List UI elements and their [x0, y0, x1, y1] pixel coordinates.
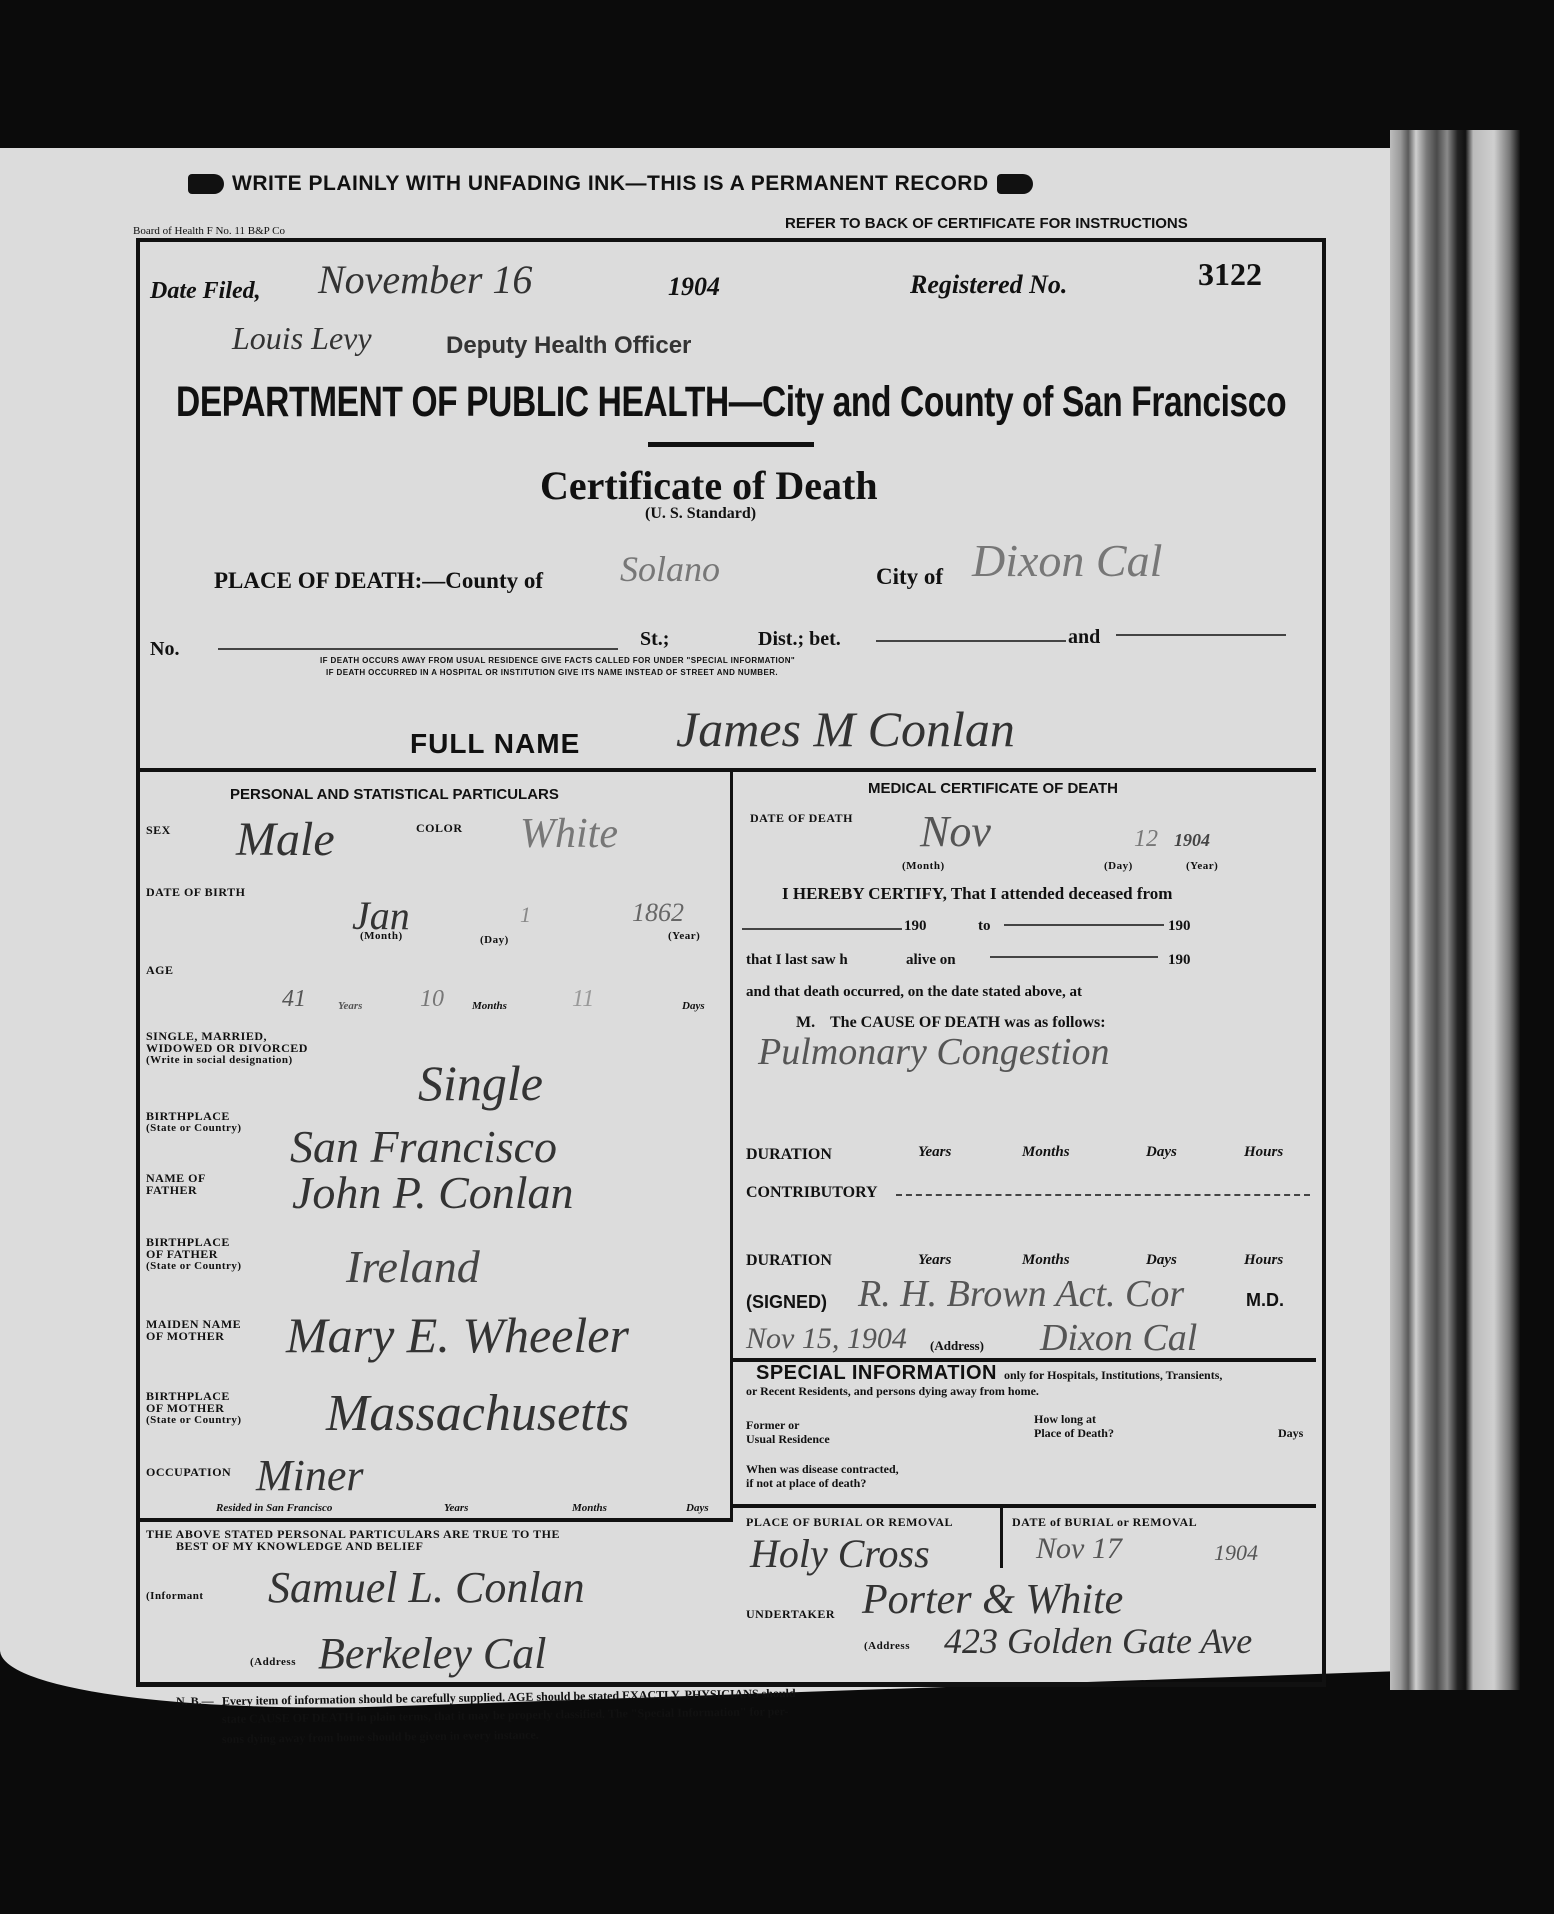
pointing-hand-icon: [997, 174, 1033, 194]
md-label: M.D.: [1246, 1290, 1284, 1311]
birthplace-label-2: (State or Country): [146, 1122, 242, 1134]
burial-date-label: DATE of BURIAL or REMOVAL: [1012, 1516, 1197, 1528]
sign-date: Nov 15, 1904: [746, 1322, 907, 1356]
to-year: 190: [1168, 918, 1191, 935]
to-label: to: [978, 918, 991, 935]
residence-note-1: IF DEATH OCCURS AWAY FROM USUAL RESIDENC…: [320, 656, 795, 665]
alive-year: 190: [1168, 952, 1191, 969]
age-months: 10: [420, 986, 444, 1013]
column-divider: [730, 772, 733, 1522]
alive-on-label: alive on: [906, 952, 956, 969]
mother-label-2: OF MOTHER: [146, 1330, 224, 1342]
father-value: John P. Conlan: [292, 1166, 574, 1219]
full-name-value: James M Conlan: [676, 700, 1015, 758]
resided-months: Months: [572, 1502, 607, 1514]
color-value: White: [520, 810, 618, 858]
pointing-hand-icon: [188, 174, 224, 194]
how-long-label-2: Place of Death?: [1034, 1426, 1114, 1441]
footnote-line-3: sons dying away from home should be give…: [222, 1728, 539, 1747]
medical-heading: MEDICAL CERTIFICATE OF DEATH: [868, 780, 1118, 797]
informant-label: (Informant: [146, 1590, 204, 1602]
duration-hours: Hours: [1244, 1144, 1283, 1161]
birthplace-label-1: BIRTHPLACE: [146, 1110, 230, 1122]
marital-value: Single: [418, 1054, 543, 1112]
mother-bp-label-3: (State or Country): [146, 1414, 242, 1426]
father-bp-value: Ireland: [346, 1240, 480, 1293]
age-days-caption: Days: [682, 1000, 705, 1012]
informant-address-value: Berkeley Cal: [318, 1628, 546, 1679]
date-filed-value: November 16: [318, 256, 532, 303]
duration-days-2: Days: [1146, 1252, 1177, 1269]
informant-divider: [140, 1518, 730, 1522]
mother-bp-value: Massachusetts: [326, 1384, 629, 1443]
registered-label: Registered No.: [910, 270, 1067, 300]
dob-day-caption: (Day): [480, 934, 509, 946]
special-heading: SPECIAL INFORMATION: [756, 1362, 997, 1385]
city-label: City of: [876, 564, 943, 590]
undertaker-value: Porter & White: [862, 1576, 1123, 1624]
alive-on-line: [990, 956, 1158, 958]
duration-years: Years: [918, 1144, 951, 1161]
duration-years-2: Years: [918, 1252, 951, 1269]
contributory-line: [896, 1194, 1310, 1196]
and-label: and: [1068, 626, 1100, 649]
former-residence-label-2: Usual Residence: [746, 1432, 830, 1447]
how-long-label-1: How long at: [1034, 1412, 1096, 1427]
burial-year-value: 1904: [1214, 1540, 1258, 1566]
street-no-label: No.: [150, 638, 179, 661]
marital-label-2: WIDOWED OR DIVORCED: [146, 1042, 308, 1054]
book-binding-edge: [1390, 130, 1520, 1690]
dod-day-caption: (Day): [1104, 860, 1133, 872]
sex-label: SEX: [146, 824, 171, 836]
dod-label: DATE OF DEATH: [750, 812, 853, 824]
standard-subtitle: (U. S. Standard): [645, 505, 756, 523]
age-years-caption: Years: [338, 1000, 362, 1012]
signed-value: R. H. Brown Act. Cor: [858, 1272, 1184, 1316]
officer-signature: Louis Levy: [232, 320, 372, 357]
header-banner: WRITE PLAINLY WITH UNFADING INK—THIS IS …: [180, 172, 1041, 196]
burial-column-divider: [1000, 1508, 1003, 1568]
color-label: COLOR: [416, 822, 463, 834]
age-months-caption: Months: [472, 1000, 507, 1012]
date-filed-label: Date Filed,: [150, 278, 261, 305]
former-residence-label-1: Former or: [746, 1418, 799, 1433]
age-days: 11: [572, 986, 594, 1013]
undertaker-address-value: 423 Golden Gate Ave: [944, 1620, 1252, 1662]
full-name-label: FULL NAME: [410, 728, 580, 760]
age-years: 41: [282, 986, 306, 1013]
contracted-label-1: When was disease contracted,: [746, 1462, 899, 1477]
resided-days: Days: [686, 1502, 709, 1514]
county-value: Solano: [620, 548, 720, 590]
duration-months-2: Months: [1022, 1252, 1070, 1269]
certificate-title: Certificate of Death: [540, 462, 878, 509]
undertaker-address-label: (Address: [864, 1640, 910, 1652]
father-label-2: FATHER: [146, 1184, 197, 1196]
sign-address-value: Dixon Cal: [1040, 1316, 1197, 1360]
dob-label: DATE OF BIRTH: [146, 886, 245, 898]
informant-value: Samuel L. Conlan: [268, 1562, 585, 1613]
contracted-label-2: if not at place of death?: [746, 1476, 866, 1491]
registered-number: 3122: [1198, 256, 1262, 293]
marital-label-3: (Write in social designation): [146, 1054, 293, 1066]
attest-line-2: BEST OF MY KNOWLEDGE AND BELIEF: [176, 1540, 423, 1552]
occupation-label: OCCUPATION: [146, 1466, 231, 1478]
footnote-nb: N. B.—: [176, 1694, 214, 1709]
officer-title: Deputy Health Officer: [446, 332, 691, 360]
from-line: [742, 928, 902, 930]
mother-value: Mary E. Wheeler: [286, 1306, 629, 1364]
burial-place-value: Holy Cross: [750, 1530, 930, 1577]
special-note-2: or Recent Residents, and persons dying a…: [746, 1384, 1039, 1399]
street-label: St.;: [640, 628, 669, 651]
father-bp-label-2: OF FATHER: [146, 1248, 218, 1260]
sign-address-label: (Address): [930, 1338, 984, 1354]
refer-note: REFER TO BACK OF CERTIFICATE FOR INSTRUC…: [785, 215, 1188, 232]
name-divider: [140, 768, 1316, 772]
street-no-line: [218, 648, 618, 650]
signed-label: (SIGNED): [746, 1292, 827, 1313]
father-bp-label-3: (State or Country): [146, 1260, 242, 1272]
title-divider: [648, 442, 814, 447]
dod-month-caption: (Month): [902, 860, 945, 872]
cause-value: Pulmonary Congestion: [758, 1030, 1109, 1074]
certify-line: I HEREBY CERTIFY, That I attended deceas…: [782, 884, 1172, 904]
district-label: Dist.; bet.: [758, 628, 841, 651]
place-of-death-label: PLACE OF DEATH:—County of: [214, 568, 543, 594]
date-filed-year: 1904: [668, 272, 720, 302]
personal-heading: PERSONAL AND STATISTICAL PARTICULARS: [230, 786, 559, 803]
to-line: [1004, 924, 1164, 926]
age-label: AGE: [146, 964, 174, 976]
undertaker-label: UNDERTAKER: [746, 1608, 835, 1620]
burial-date-value: Nov 17: [1036, 1532, 1122, 1566]
contributory-label: CONTRIBUTORY: [746, 1184, 878, 1202]
last-saw-label: that I last saw h: [746, 952, 848, 969]
duration-label-2: DURATION: [746, 1252, 832, 1270]
duration-label: DURATION: [746, 1146, 832, 1164]
duration-hours-2: Hours: [1244, 1252, 1283, 1269]
banner-text: WRITE PLAINLY WITH UNFADING INK—THIS IS …: [232, 172, 989, 195]
sex-value: Male: [236, 812, 335, 867]
department-title: DEPARTMENT OF PUBLIC HEALTH—City and Cou…: [176, 378, 1286, 427]
duration-months: Months: [1022, 1144, 1070, 1161]
how-long-days-label: Days: [1278, 1426, 1303, 1441]
dob-day: 1: [520, 902, 531, 928]
occurred-line: and that death occurred, on the date sta…: [746, 984, 1082, 1001]
printer-mark: Board of Health F No. 11 B&P Co: [133, 225, 285, 237]
dob-year: 1862: [632, 898, 684, 928]
dod-day: 12: [1134, 826, 1158, 853]
resided-years: Years: [444, 1502, 468, 1514]
district-line: [876, 640, 1066, 642]
residence-note-2: IF DEATH OCCURRED IN A HOSPITAL OR INSTI…: [326, 668, 778, 677]
burial-divider: [733, 1504, 1316, 1508]
special-note-1: only for Hospitals, Institutions, Transi…: [1004, 1368, 1222, 1383]
from-year: 190: [904, 918, 927, 935]
dob-year-caption: (Year): [668, 930, 700, 942]
city-value: Dixon Cal: [972, 534, 1162, 587]
resided-label: Resided in San Francisco: [216, 1502, 332, 1514]
dod-year-caption: (Year): [1186, 860, 1218, 872]
duration-days: Days: [1146, 1144, 1177, 1161]
burial-place-label: PLACE OF BURIAL OR REMOVAL: [746, 1516, 953, 1528]
dod-month: Nov: [920, 806, 991, 857]
mother-bp-label-2: OF MOTHER: [146, 1402, 224, 1414]
and-line: [1116, 634, 1286, 636]
occupation-value: Miner: [256, 1450, 364, 1501]
dob-month-caption: (Month): [360, 930, 403, 942]
dod-year: 1904: [1174, 830, 1210, 851]
informant-address-label: (Address: [250, 1656, 296, 1668]
